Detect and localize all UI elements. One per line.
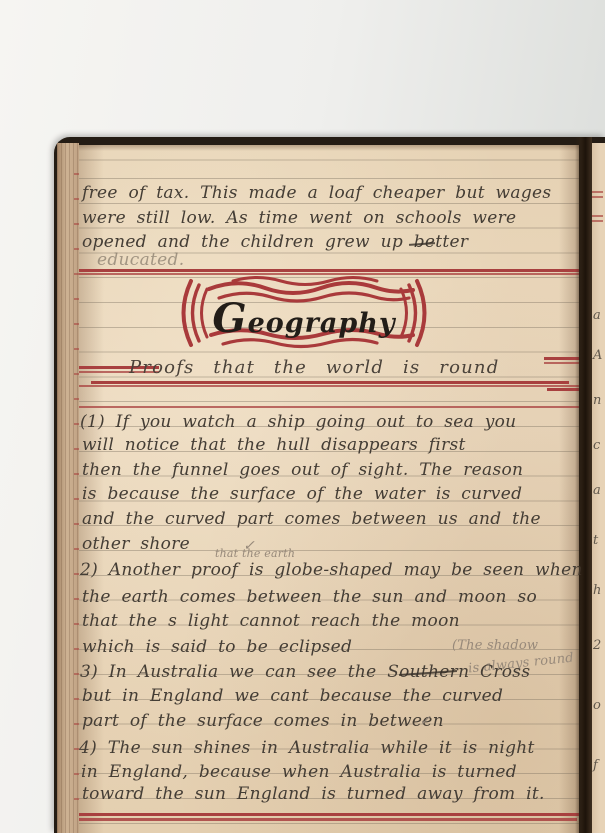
red-rule-fragment [592,191,603,193]
heading-flank-right [544,362,579,364]
handwritten-line: will notice that the hull disappears fir… [82,434,466,456]
book-gutter [575,137,592,833]
handwritten-line: (1) If you watch a ship going out to sea… [80,411,516,433]
red-rule-fragment [592,220,603,222]
letter-fragment: h [593,583,601,598]
heading-flank-right [544,357,579,360]
next-page-edge: a A n c a t h 2 o f [592,143,605,833]
red-rule [79,818,577,821]
handwritten-line: then the funnel goes out of sight. The r… [82,459,523,481]
scanned-notebook-page: free of tax. This made a loaf cheaper bu… [0,0,605,833]
letter-fragment: t [593,533,598,548]
handwritten-line: and the curved part comes between us and… [82,508,541,530]
handwritten-line: that the s light cannot reach the moon [82,610,460,632]
handwritten-line: toward the sun England is turned away fr… [82,783,545,805]
handwritten-line: 3) In Australia we can see the Southern … [80,661,530,683]
letter-fragment: f [593,758,598,773]
handwritten-line: 2) Another proof is globe-shaped may be … [80,559,583,581]
letter-fragment: n [593,393,601,408]
handwritten-line: 4) The sun shines in Australia while it … [79,737,535,759]
pencil-note: (The shadow [452,638,538,653]
red-rule [79,269,579,272]
banner-title: Geography [175,295,433,342]
handwritten-line: educated. [97,249,184,271]
handwritten-line: but in England we cant because the curve… [82,685,503,707]
handwritten-line: the earth comes between the sun and moon… [82,586,537,608]
handwritten-line: free of tax. This made a loaf cheaper bu… [82,182,551,204]
red-rule [79,813,579,816]
notebook: free of tax. This made a loaf cheaper bu… [54,137,605,833]
checkmark-icon: ✓ [419,713,431,729]
geography-banner: Geography [175,273,433,353]
red-rule [79,385,579,387]
red-rule-fragment [592,215,603,217]
handwritten-line: in England, because when Australia is tu… [81,761,517,783]
page-edge-stack [57,143,79,833]
handwritten-line: is because the surface of the water is c… [82,483,522,505]
notebook-page: free of tax. This made a loaf cheaper bu… [79,145,579,833]
letter-fragment: A [593,348,602,363]
letter-fragment: a [593,483,601,498]
red-rule-fragment [592,196,603,198]
letter-fragment: o [593,698,601,713]
letter-fragment: 2 [593,638,601,653]
handwritten-line: other shore [82,533,190,555]
red-rule [79,406,579,408]
handwritten-line: which is said to be eclipsed [82,636,352,658]
handwritten-line: were still low. As time went on schools … [82,207,516,229]
heading-underline [91,381,569,384]
letter-fragment: c [593,438,600,453]
handwritten-line: part of the surface comes in between [82,710,444,732]
letter-fragment: a [593,308,601,323]
section-heading: Proofs that the world is round [129,357,499,378]
